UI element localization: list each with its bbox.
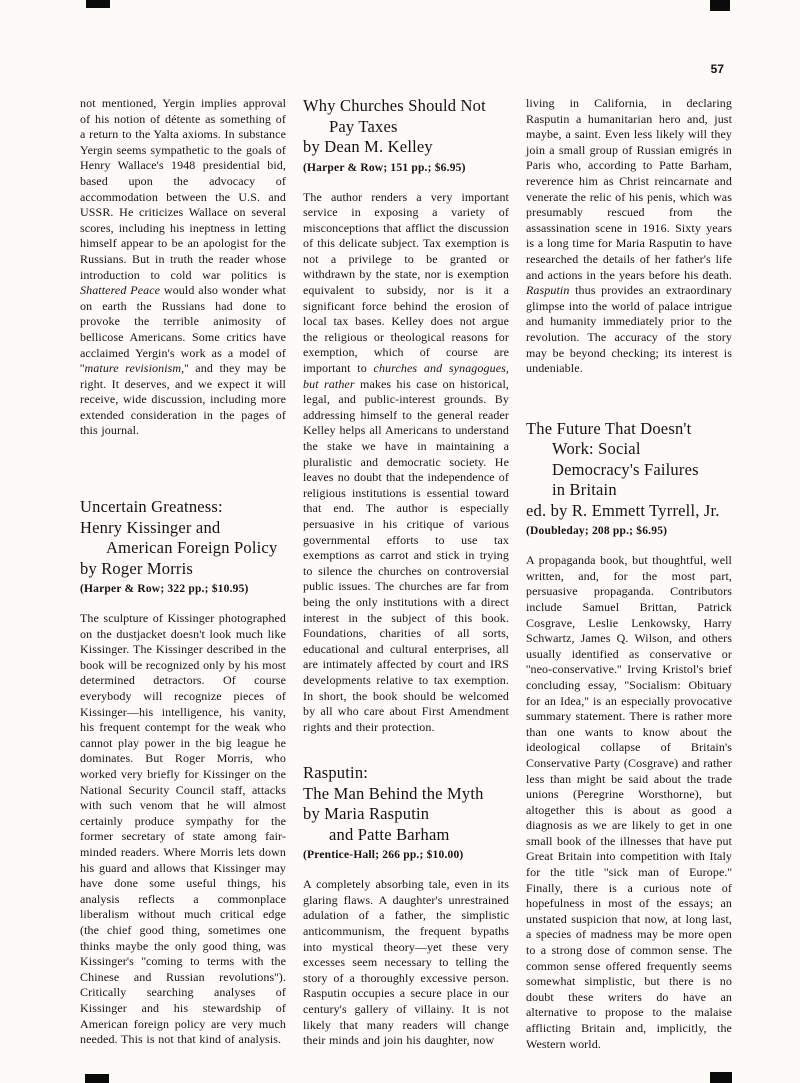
review-heading: Uncertain Greatness:Henry Kissinger andA… bbox=[80, 497, 286, 595]
spacer bbox=[526, 379, 732, 419]
paragraph: The sculpture of Kissinger photographed … bbox=[80, 611, 286, 1048]
book-title-line: Why Churches Should Not bbox=[303, 96, 509, 117]
text-run: not mentioned, Yergin implies approval o… bbox=[80, 96, 286, 282]
book-title-line: The Man Behind the Myth bbox=[303, 784, 509, 805]
publisher-info: (Doubleday; 208 pp.; $6.95) bbox=[526, 525, 732, 537]
paragraph: A propaganda book, but thoughtful, well … bbox=[526, 553, 732, 1052]
book-title-line: by Dean M. Kelley bbox=[303, 137, 509, 158]
paragraph: living in California, in declaring Raspu… bbox=[526, 96, 732, 377]
book-title-line: The Future That Doesn't bbox=[526, 419, 732, 440]
scan-registration-mark bbox=[710, 1072, 732, 1083]
book-title-line: in Britain bbox=[526, 480, 732, 501]
column-left: not mentioned, Yergin implies approval o… bbox=[80, 96, 286, 1050]
scan-registration-mark bbox=[86, 0, 110, 8]
column-right: living in California, in declaring Raspu… bbox=[526, 96, 732, 1054]
spacer bbox=[303, 737, 509, 763]
book-title-line: Pay Taxes bbox=[303, 117, 509, 138]
italic-run: mature revisionism, bbox=[85, 361, 185, 375]
text-run: makes his case on historical, legal, and… bbox=[303, 377, 509, 734]
magazine-page: 57 not mentioned, Yergin implies approva… bbox=[0, 0, 800, 1083]
book-title-line: Henry Kissinger and bbox=[80, 518, 286, 539]
publisher-info: (Prentice-Hall; 266 pp.; $10.00) bbox=[303, 849, 509, 861]
text-run: A propaganda book, but thoughtful, well … bbox=[526, 553, 732, 1050]
book-title-line: Work: Social bbox=[526, 439, 732, 460]
columns: not mentioned, Yergin implies approval o… bbox=[80, 96, 730, 1054]
page-number: 57 bbox=[711, 62, 724, 76]
book-title-line: by Maria Rasputin bbox=[303, 804, 509, 825]
review-heading: Why Churches Should NotPay Taxesby Dean … bbox=[303, 96, 509, 174]
paragraph: A completely absorbing tale, even in its… bbox=[303, 877, 509, 1049]
book-title-line: American Foreign Policy bbox=[80, 538, 286, 559]
book-title-line: Democracy's Failures bbox=[526, 460, 732, 481]
book-title-line: ed. by R. Emmett Tyrrell, Jr. bbox=[526, 501, 732, 522]
column-middle: Why Churches Should NotPay Taxesby Dean … bbox=[303, 96, 509, 1051]
paragraph: The author renders a very important serv… bbox=[303, 190, 509, 736]
italic-run: Rasputin bbox=[526, 283, 569, 297]
spacer bbox=[80, 441, 286, 497]
publisher-info: (Harper & Row; 322 pp.; $10.95) bbox=[80, 583, 286, 595]
book-title-line: by Roger Morris bbox=[80, 559, 286, 580]
book-title-line: Rasputin: bbox=[303, 763, 509, 784]
text-run: A completely absorbing tale, even in its… bbox=[303, 877, 509, 1047]
publisher-info: (Harper & Row; 151 pp.; $6.95) bbox=[303, 162, 509, 174]
text-run: The sculpture of Kissinger photographed … bbox=[80, 611, 286, 1046]
scan-registration-mark bbox=[710, 0, 730, 11]
review-heading: Rasputin:The Man Behind the Mythby Maria… bbox=[303, 763, 509, 861]
book-title-line: Uncertain Greatness: bbox=[80, 497, 286, 518]
book-title-line: and Patte Barham bbox=[303, 825, 509, 846]
paragraph: not mentioned, Yergin implies approval o… bbox=[80, 96, 286, 439]
text-run: living in California, in declaring Raspu… bbox=[526, 96, 732, 282]
text-run: The author renders a very important serv… bbox=[303, 190, 509, 376]
review-heading: The Future That Doesn'tWork: SocialDemoc… bbox=[526, 419, 732, 538]
scan-registration-mark bbox=[85, 1074, 109, 1083]
italic-run: Shattered Peace bbox=[80, 283, 160, 297]
